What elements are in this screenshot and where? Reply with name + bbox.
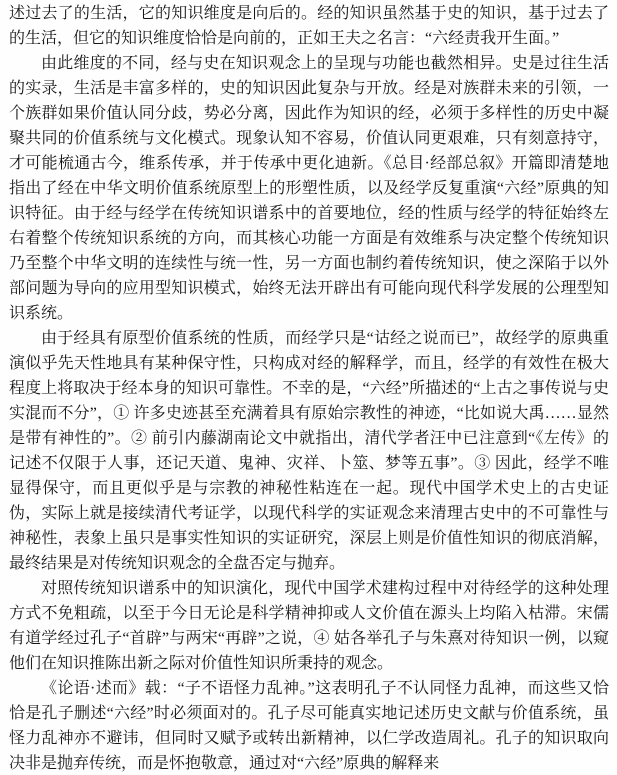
body-paragraph-continuation: 述过去了的生活，它的知识维度是向后的。经的知识虽然基于史的知识，基于过去了的生活… bbox=[9, 1, 609, 51]
document-page: 述过去了的生活，它的知识维度是向后的。经的知识虽然基于史的知识，基于过去了的生活… bbox=[0, 0, 617, 775]
body-paragraph-3: 由于经具有原型价值系统的性质，而经学只是“诂经之说而已”，故经学的原典重演似乎先… bbox=[9, 326, 609, 576]
body-paragraph-4: 对照传统知识谱系中的知识演化，现代中国学术建构过程中对待经学的这种处理方式不免粗… bbox=[9, 576, 609, 676]
body-paragraph-2: 由此维度的不同，经与史在知识观念上的呈现与功能也截然相异。史是过往生活的实录，生… bbox=[9, 51, 609, 326]
body-paragraph-5: 《论语·述而》载：“子不语怪力乱神。”这表明孔子不认同怪力乱神，而这些又恰恰是孔… bbox=[9, 676, 609, 775]
